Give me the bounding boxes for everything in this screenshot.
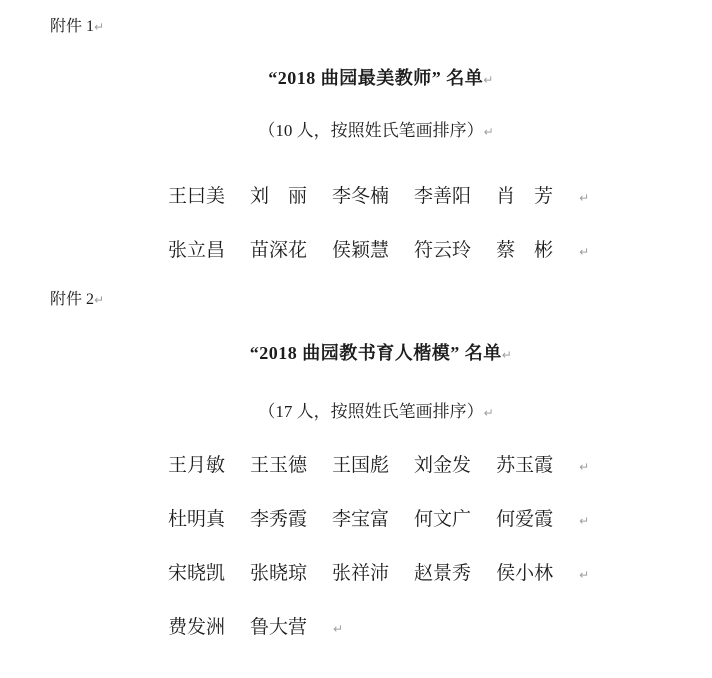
return-mark-icon: ↵ — [94, 293, 104, 307]
name-row: 王月敏 王玉德 王国彪 刘金发 苏玉霞 ↵ — [168, 455, 589, 476]
teacher-name: 李宝富 — [332, 509, 389, 530]
attachment1-label-text: 附件 1 — [50, 18, 94, 35]
return-mark-icon: ↵ — [579, 565, 589, 586]
teacher-name: 王玉德 — [250, 455, 307, 476]
teacher-name: 刘 丽 — [250, 186, 307, 207]
name-row: 张立昌 苗深花 侯颖慧 符云玲 蔡 彬 ↵ — [168, 240, 589, 261]
teacher-name: 苗深花 — [250, 240, 307, 261]
return-mark-icon: ↵ — [579, 188, 589, 209]
teacher-name: 李秀霞 — [250, 509, 307, 530]
return-mark-icon: ↵ — [484, 125, 494, 139]
teacher-name: 宋晓凯 — [168, 563, 225, 584]
return-mark-icon: ↵ — [502, 348, 513, 362]
name-row: 杜明真 李秀霞 李宝富 何文广 何爱霞 ↵ — [168, 509, 589, 530]
name-row: 王曰美 刘 丽 李冬楠 李善阳 肖 芳 ↵ — [168, 186, 589, 207]
return-mark-icon: ↵ — [579, 457, 589, 478]
teacher-name: 侯颖慧 — [332, 240, 389, 261]
teacher-name: 王曰美 — [168, 186, 225, 207]
teacher-name: 侯小林 — [496, 563, 553, 584]
attachment2-subtitle-text: （17 人，按照姓氏笔画排序） — [258, 402, 483, 421]
teacher-name: 张祥沛 — [332, 563, 389, 584]
name-row: 费发洲 鲁大营 ↵ — [168, 617, 343, 638]
return-mark-icon: ↵ — [579, 511, 589, 532]
attachment1-subtitle: （10 人，按照姓氏笔画排序）↵ — [0, 121, 712, 142]
name-row: 宋晓凯 张晓琼 张祥沛 赵景秀 侯小林 ↵ — [168, 563, 589, 584]
return-mark-icon: ↵ — [579, 242, 589, 263]
teacher-name: 何爱霞 — [496, 509, 553, 530]
teacher-name: 李善阳 — [414, 186, 471, 207]
return-mark-icon: ↵ — [333, 619, 343, 640]
teacher-name: 王国彪 — [332, 455, 389, 476]
teacher-name: 符云玲 — [414, 240, 471, 261]
teacher-name: 赵景秀 — [414, 563, 471, 584]
teacher-name: 李冬楠 — [332, 186, 389, 207]
teacher-name: 费发洲 — [168, 617, 225, 638]
return-mark-icon: ↵ — [484, 406, 494, 420]
attachment1-title-text: “2018 曲园最美教师” 名单 — [268, 68, 483, 88]
teacher-name: 肖 芳 — [496, 186, 553, 207]
attachment1-subtitle-text: （10 人，按照姓氏笔画排序） — [258, 121, 483, 140]
attachment2-title: “2018 曲园教书育人楷模” 名单↵ — [0, 343, 712, 365]
teacher-name: 何文广 — [414, 509, 471, 530]
teacher-name: 张立昌 — [168, 240, 225, 261]
attachment2-subtitle: （17 人，按照姓氏笔画排序）↵ — [0, 402, 712, 423]
teacher-name: 王月敏 — [168, 455, 225, 476]
teacher-name: 鲁大营 — [250, 617, 307, 638]
teacher-name: 杜明真 — [168, 509, 225, 530]
teacher-name: 苏玉霞 — [496, 455, 553, 476]
return-mark-icon: ↵ — [483, 73, 494, 87]
teacher-name: 刘金发 — [414, 455, 471, 476]
teacher-name: 蔡 彬 — [496, 240, 553, 261]
document-page: 附件 1↵ “2018 曲园最美教师” 名单↵ （10 人，按照姓氏笔画排序）↵… — [0, 0, 712, 678]
attachment2-label: 附件 2↵ — [50, 292, 104, 308]
attachment1-label: 附件 1↵ — [50, 19, 104, 35]
attachment2-title-text: “2018 曲园教书育人楷模” 名单 — [250, 343, 502, 363]
attachment2-label-text: 附件 2 — [50, 291, 94, 308]
teacher-name: 张晓琼 — [250, 563, 307, 584]
return-mark-icon: ↵ — [94, 20, 104, 34]
attachment1-title: “2018 曲园最美教师” 名单↵ — [0, 68, 712, 90]
